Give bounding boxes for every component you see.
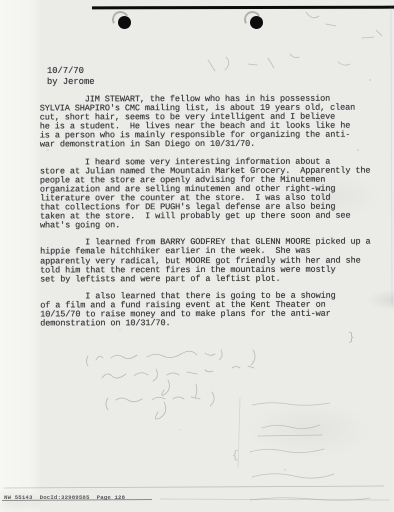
date-line: 10/7/70 [47, 66, 95, 77]
author-line: by Jerome [47, 77, 95, 88]
memo-paragraph: I heard some very interesting informatio… [40, 157, 388, 231]
memo-body: JIM STEWART, the fellow who has in his p… [40, 95, 389, 337]
memo-paragraph: I learned from BARRY GODFREY that GLENN … [40, 238, 388, 284]
scan-edge-artifact [92, 6, 394, 9]
pencil-marks-top [208, 12, 382, 71]
svg-text:{: { [232, 450, 239, 462]
date-block: 10/7/70by Jerome [47, 66, 95, 87]
hole-punch-mark [118, 16, 131, 29]
archive-stamp: NW 55143 DocId:32989585 Page 128 [4, 494, 125, 501]
scanned-document-page: 10/7/70by Jerome JIM STEWART, the fellow… [0, 0, 394, 512]
pencil-scribble-rows: } [87, 332, 355, 419]
memo-paragraph: I also learned that there is going to be… [40, 291, 388, 328]
memo-paragraph: JIM STEWART, the fellow who has in his p… [40, 95, 388, 150]
hole-punch-mark [250, 16, 263, 29]
